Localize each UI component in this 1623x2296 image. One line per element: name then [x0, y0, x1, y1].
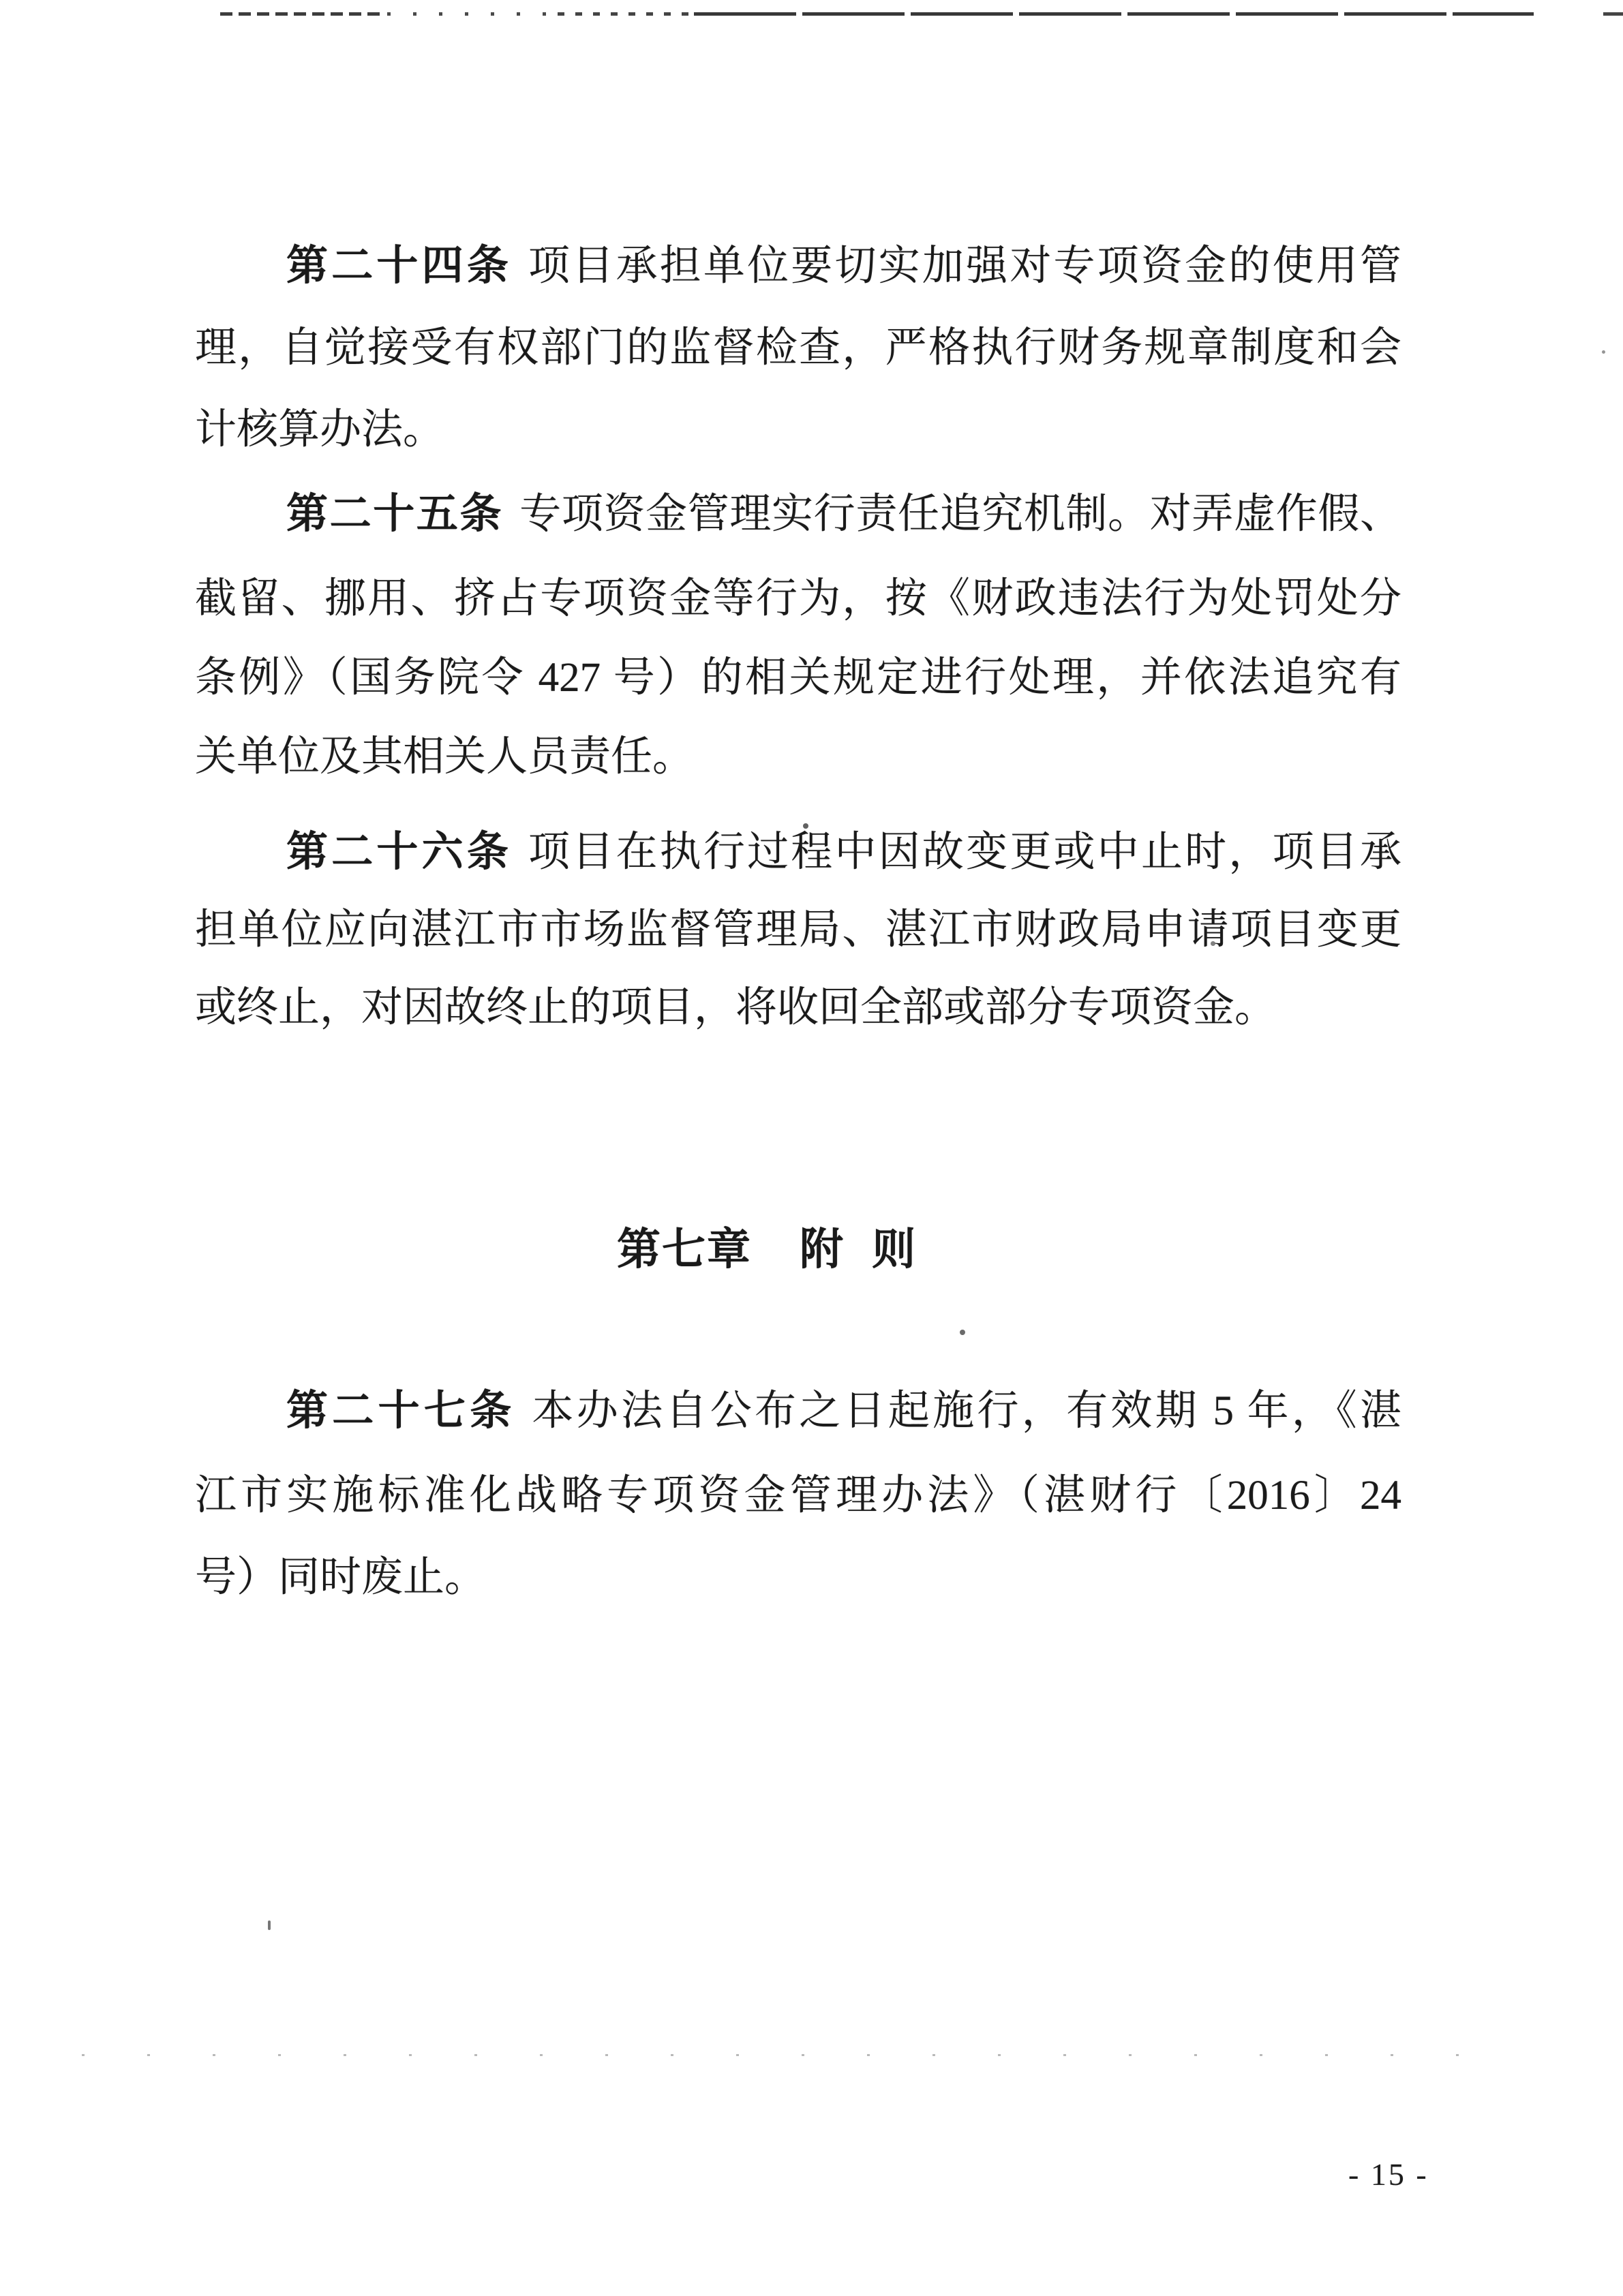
article-25-text: 专项资金管理实行责任追究机制。对弄虚作假、 [519, 491, 1401, 537]
article-25-line-1: 第二十五条专项资金管理实行责任追究机制。对弄虚作假、 [195, 492, 1401, 537]
article-24-line-2: 理，自觉接受有权部门的监督检查，严格执行财务规章制度和会 [195, 326, 1401, 371]
article-24-text: 项目承担单位要切实加强对专项资金的使用管 [528, 243, 1401, 289]
article-24-line-1: 第二十四条项目承担单位要切实加强对专项资金的使用管 [195, 244, 1401, 289]
scanned-document-page: 第二十四条项目承担单位要切实加强对专项资金的使用管 理，自觉接受有权部门的监督检… [0, 0, 1623, 2296]
article-24-number: 第二十四条 [286, 243, 512, 289]
article-26-line-3: 或终止，对因故终止的项目，将收回全部或部分专项资金。 [195, 985, 1401, 1030]
article-24-line-3: 计核算办法。 [195, 408, 1401, 453]
article-26-line-1: 第二十六条项目在执行过程中因故变更或中止时，项目承 [195, 830, 1401, 875]
chapter-7-title-char-1: 附 [800, 1225, 845, 1274]
article-26-text: 项目在执行过程中因故变更或中止时，项目承 [528, 829, 1401, 875]
chapter-7-title-char-2: 则 [872, 1225, 917, 1274]
top-scan-line-segment [220, 12, 384, 16]
article-26-line-2: 担单位应向湛江市市场监督管理局、湛江市财政局申请项目变更 [195, 908, 1401, 953]
scan-speck [960, 1330, 965, 1335]
top-scan-line-segment [558, 12, 691, 16]
article-25-line-4: 关单位及其相关人员责任。 [195, 735, 1401, 780]
scan-speck [1211, 941, 1215, 946]
scan-speck [268, 1920, 271, 1930]
page-number: - 15 - [1348, 2159, 1429, 2190]
article-27-text: 本办法自公布之日起施行，有效期 5 年，《湛 [532, 1388, 1401, 1434]
top-scan-line-segment [387, 12, 554, 16]
scan-speck [1602, 350, 1605, 354]
scan-speck [803, 823, 808, 829]
article-27-line-1: 第二十七条本办法自公布之日起施行，有效期 5 年，《湛 [195, 1389, 1401, 1434]
article-25-line-3: 条例》（国务院令 427 号）的相关规定进行处理，并依法追究有 [195, 656, 1401, 701]
top-scan-line-segment [1603, 12, 1623, 16]
chapter-7-heading: 第七章附则 [617, 1227, 917, 1273]
top-scan-line-segment [694, 12, 1534, 16]
article-27-line-3: 号）同时废止。 [195, 1555, 1401, 1600]
article-27-number: 第二十七条 [286, 1388, 516, 1434]
article-25-number: 第二十五条 [286, 491, 503, 537]
chapter-7-label: 第七章 [617, 1225, 752, 1274]
article-27-line-2: 江市实施标准化战略专项资金管理办法》（湛财行〔2016〕24 [195, 1473, 1401, 1518]
bottom-dotted-scan-line [82, 2054, 1506, 2056]
article-25-line-2: 截留、挪用、挤占专项资金等行为，按《财政违法行为处罚处分 [195, 577, 1401, 622]
article-26-number: 第二十六条 [286, 829, 512, 875]
